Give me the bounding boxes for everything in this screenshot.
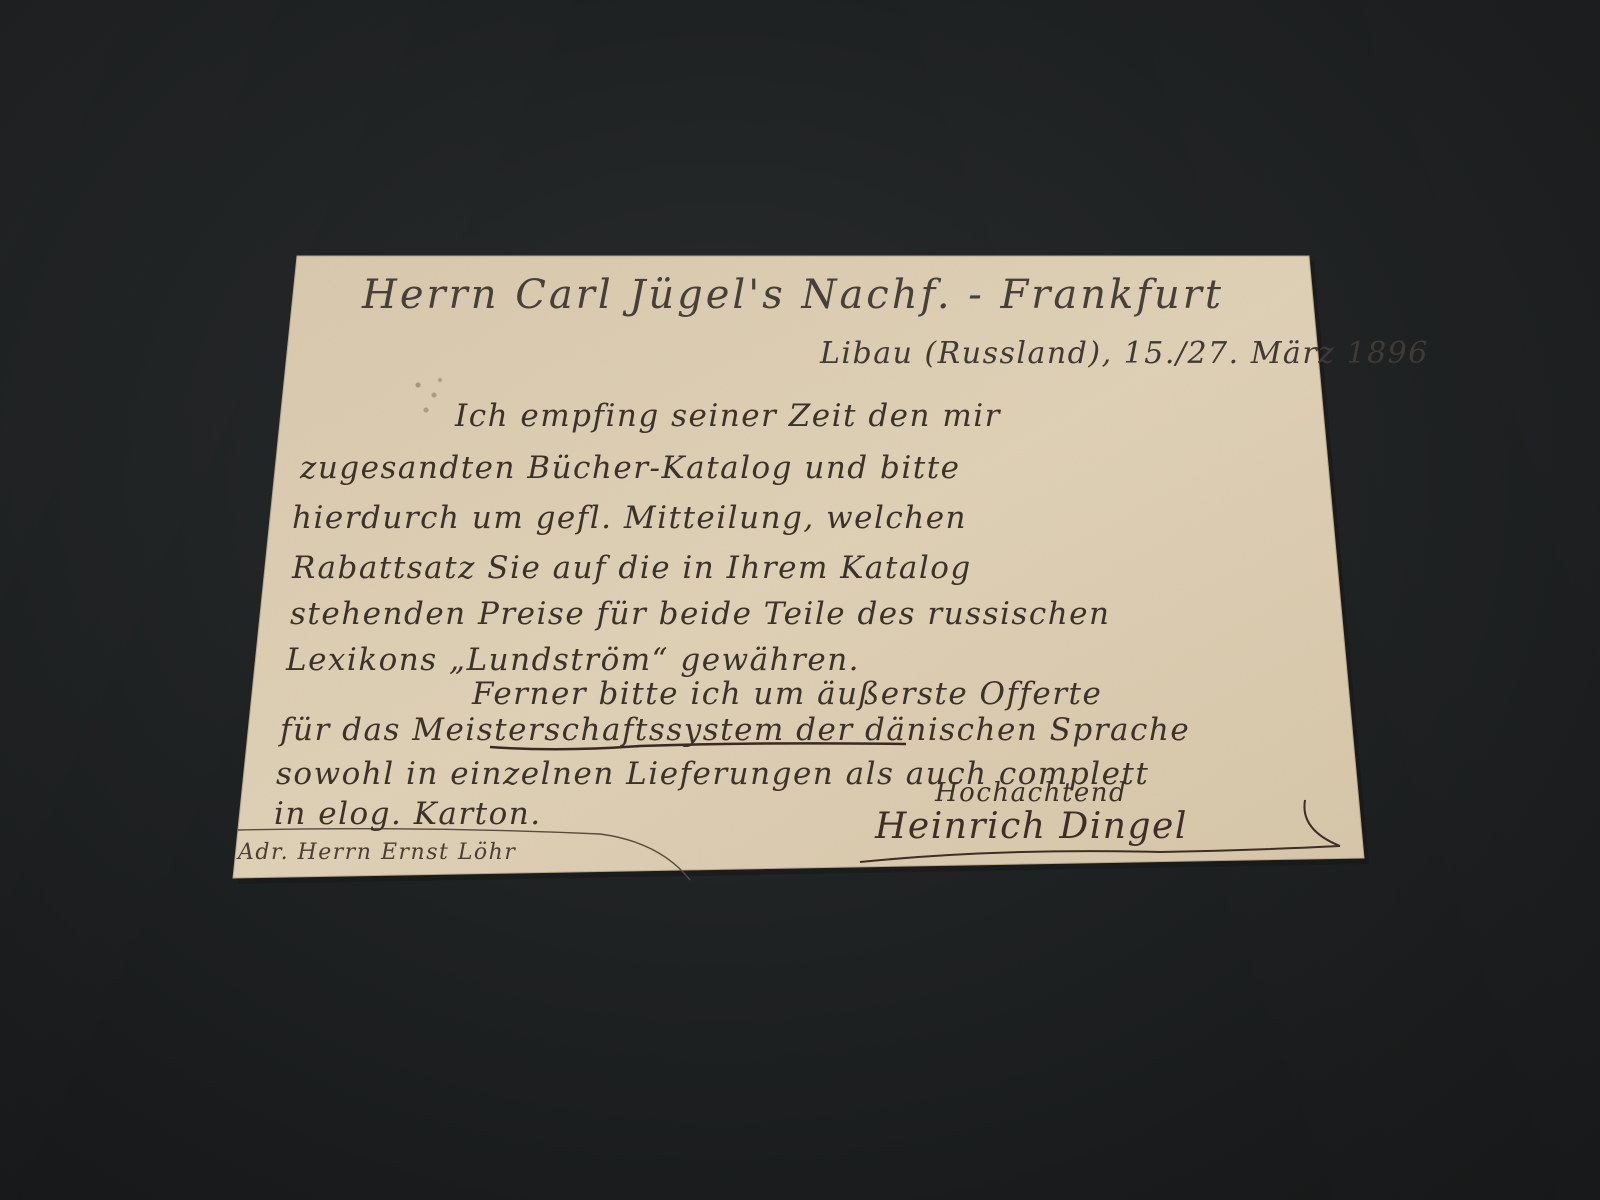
faded-stamp-mark [410, 370, 450, 420]
body-line-4: Rabattsatz Sie auf die in Ihrem Katalog [292, 550, 972, 586]
body-line-10: in elog. Karton. [274, 796, 542, 832]
place-and-date: Libau (Russland), 15./27. März 1896 [820, 336, 1429, 371]
recipient-header: Herrn Carl Jügel's Nachf. - Frankfurt [362, 272, 1224, 318]
signature: Heinrich Dingel [875, 806, 1188, 847]
body-line-6: Lexikons „Lundström“ gewähren. [286, 642, 860, 678]
body-line-2: zugesandten Bücher-Katalog und bitte [300, 450, 961, 486]
body-line-7: Ferner bitte ich um äußerste Offerte [472, 676, 1102, 712]
postcard: Herrn Carl Jügel's Nachf. - Frankfurt Li… [0, 0, 1600, 1200]
body-line-3: hierdurch um gefl. Mitteilung, welchen [292, 500, 967, 536]
body-line-8: für das Meisterschaftssystem der dänisch… [280, 712, 1190, 748]
closing-greeting: Hochachtend [935, 778, 1127, 808]
address-note: Adr. Herrn Ernst Löhr [238, 840, 516, 865]
body-line-5: stehenden Preise für beide Teile des rus… [290, 596, 1110, 632]
body-line-1: Ich empfing seiner Zeit den mir [455, 398, 1001, 434]
